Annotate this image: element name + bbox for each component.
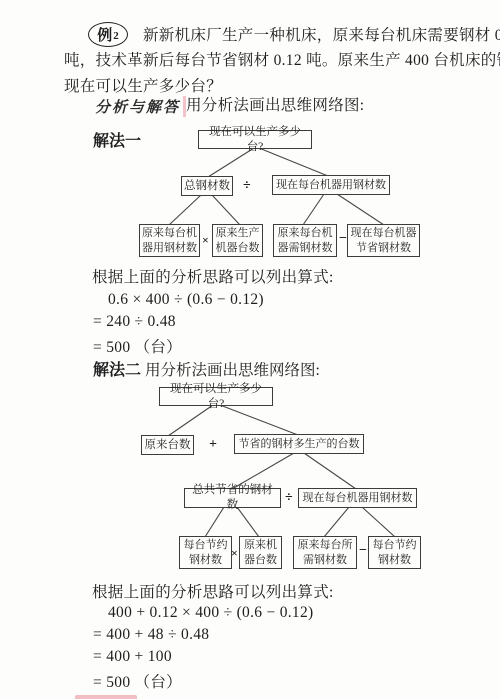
sol2-leaf-saved-per-machine-box2: 每台节约 钢材数 — [368, 536, 421, 569]
sol2-multiply-operator: × — [231, 546, 238, 561]
sol2-divide-operator: ÷ — [285, 490, 293, 506]
sol2-plus-operator: + — [209, 437, 217, 453]
sol2-minus-operator: − — [359, 543, 367, 559]
sol1-root-box: 现在可以生产多少台? — [198, 130, 312, 149]
sol1-leaf-steel-per-machine-original-box: 原来每台机 器用钢材数 — [139, 224, 200, 257]
sol2-total-saved-steel-box: 总共节省的钢材数 — [184, 488, 281, 508]
sol1-multiply-operator: × — [202, 233, 209, 248]
sol2-leaf-original-machine-count-box: 原来机 器台数 — [239, 536, 282, 569]
sol1-leaf-original-machine-count-box: 原来生产 机器台数 — [212, 224, 263, 257]
sol1-total-steel-box: 总钢材数 — [181, 176, 233, 196]
sol1-steel-per-machine-now-box: 现在每台机器用钢材数 — [272, 175, 390, 195]
sol2-root-box: 现在可以生产多少台? — [159, 387, 273, 406]
sol1-divide-operator: ÷ — [243, 178, 251, 194]
sol1-leaf-steel-needed-original-box: 原来每台机 器需钢材数 — [273, 224, 337, 257]
sol2-leaf-steel-needed-original-box: 原来每台所 需钢材数 — [293, 536, 357, 569]
sol2-leaf-saved-per-machine-box: 每台节约 钢材数 — [179, 536, 232, 569]
sol1-leaf-steel-saved-now-box: 现在每台机器 节省钢材数 — [347, 224, 420, 257]
textbook-page: 例2 新新机床厂生产一种机床，原来每台机床需要钢材 0.6 吨，技术革新后每台节… — [0, 0, 500, 699]
sol1-minus-operator: − — [339, 231, 347, 247]
sol2-original-count-box: 原来台数 — [141, 435, 194, 455]
diagram-connector-lines — [0, 0, 500, 699]
sol2-steel-per-machine-now-box: 现在每台机器用钢材数 — [298, 488, 417, 508]
sol2-extra-machines-box: 节省的钢材多生产的台数 — [234, 434, 364, 454]
